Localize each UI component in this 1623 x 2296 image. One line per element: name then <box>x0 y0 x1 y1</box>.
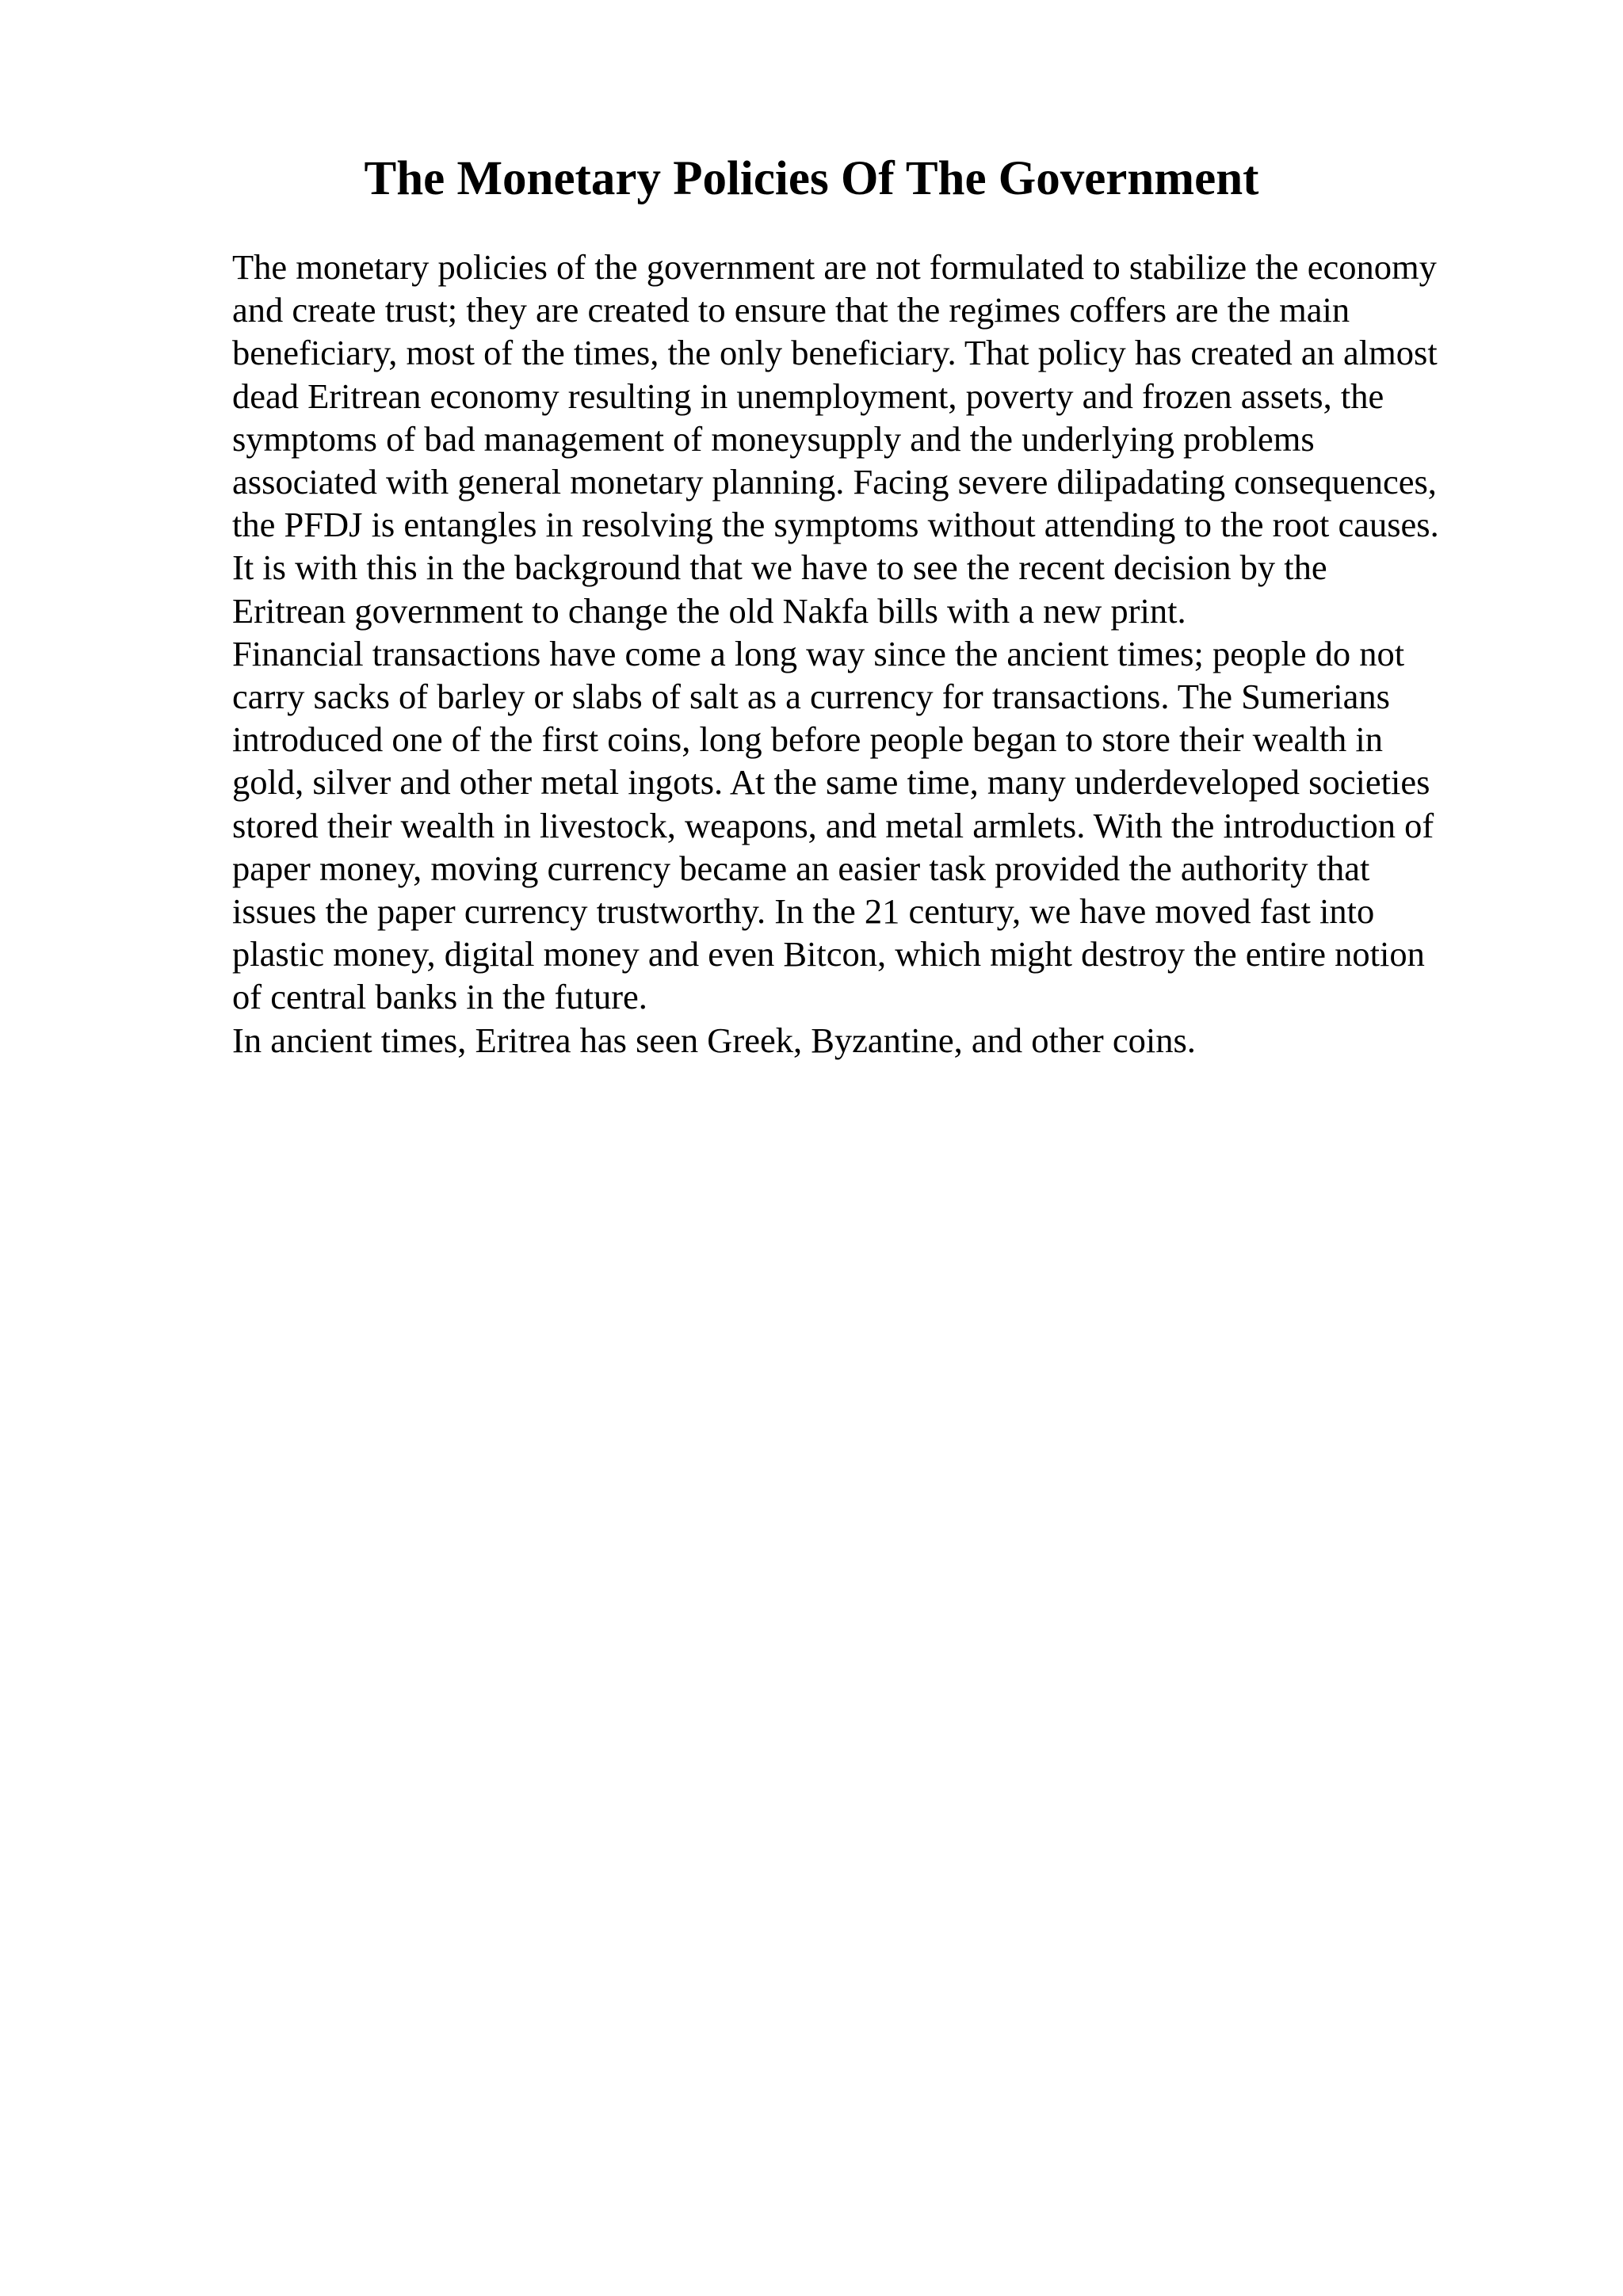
text-line: plastic money, digital money and even Bi… <box>232 933 1516 975</box>
document-title: The Monetary Policies Of The Government <box>0 151 1623 208</box>
text-line: gold, silver and other metal ingots. At … <box>232 761 1516 803</box>
text-line: the PFDJ is entangles in resolving the s… <box>232 503 1516 546</box>
text-line: beneficiary, most of the times, the only… <box>232 331 1516 374</box>
paragraph-financial-transactions: Financial transactions have come a long … <box>232 632 1516 1019</box>
text-line: carry sacks of barley or slabs of salt a… <box>232 675 1516 718</box>
text-line: stored their wealth in livestock, weapon… <box>232 804 1516 847</box>
text-line: paper money, moving currency became an e… <box>232 847 1516 890</box>
text-line: The monetary policies of the government … <box>232 246 1516 288</box>
text-line: symptoms of bad management of moneysuppl… <box>232 418 1516 460</box>
text-line: of central banks in the future. <box>232 975 1516 1018</box>
text-line: introduced one of the first coins, long … <box>232 718 1516 761</box>
paragraph-ancient-coins: In ancient times, Eritrea has seen Greek… <box>232 1019 1516 1062</box>
text-line: associated with general monetary plannin… <box>232 460 1516 503</box>
text-line: and create trust; they are created to en… <box>232 288 1516 331</box>
text-line: In ancient times, Eritrea has seen Greek… <box>232 1019 1516 1062</box>
document-page: The Monetary Policies Of The Government … <box>0 0 1623 2296</box>
document-body: The monetary policies of the government … <box>232 246 1516 1062</box>
text-line: issues the paper currency trustworthy. I… <box>232 890 1516 933</box>
text-line: dead Eritrean economy resulting in unemp… <box>232 375 1516 418</box>
text-line: It is with this in the background that w… <box>232 546 1516 589</box>
paragraph-monetary-policy: The monetary policies of the government … <box>232 246 1516 632</box>
text-line: Eritrean government to change the old Na… <box>232 589 1516 632</box>
text-line: Financial transactions have come a long … <box>232 632 1516 675</box>
